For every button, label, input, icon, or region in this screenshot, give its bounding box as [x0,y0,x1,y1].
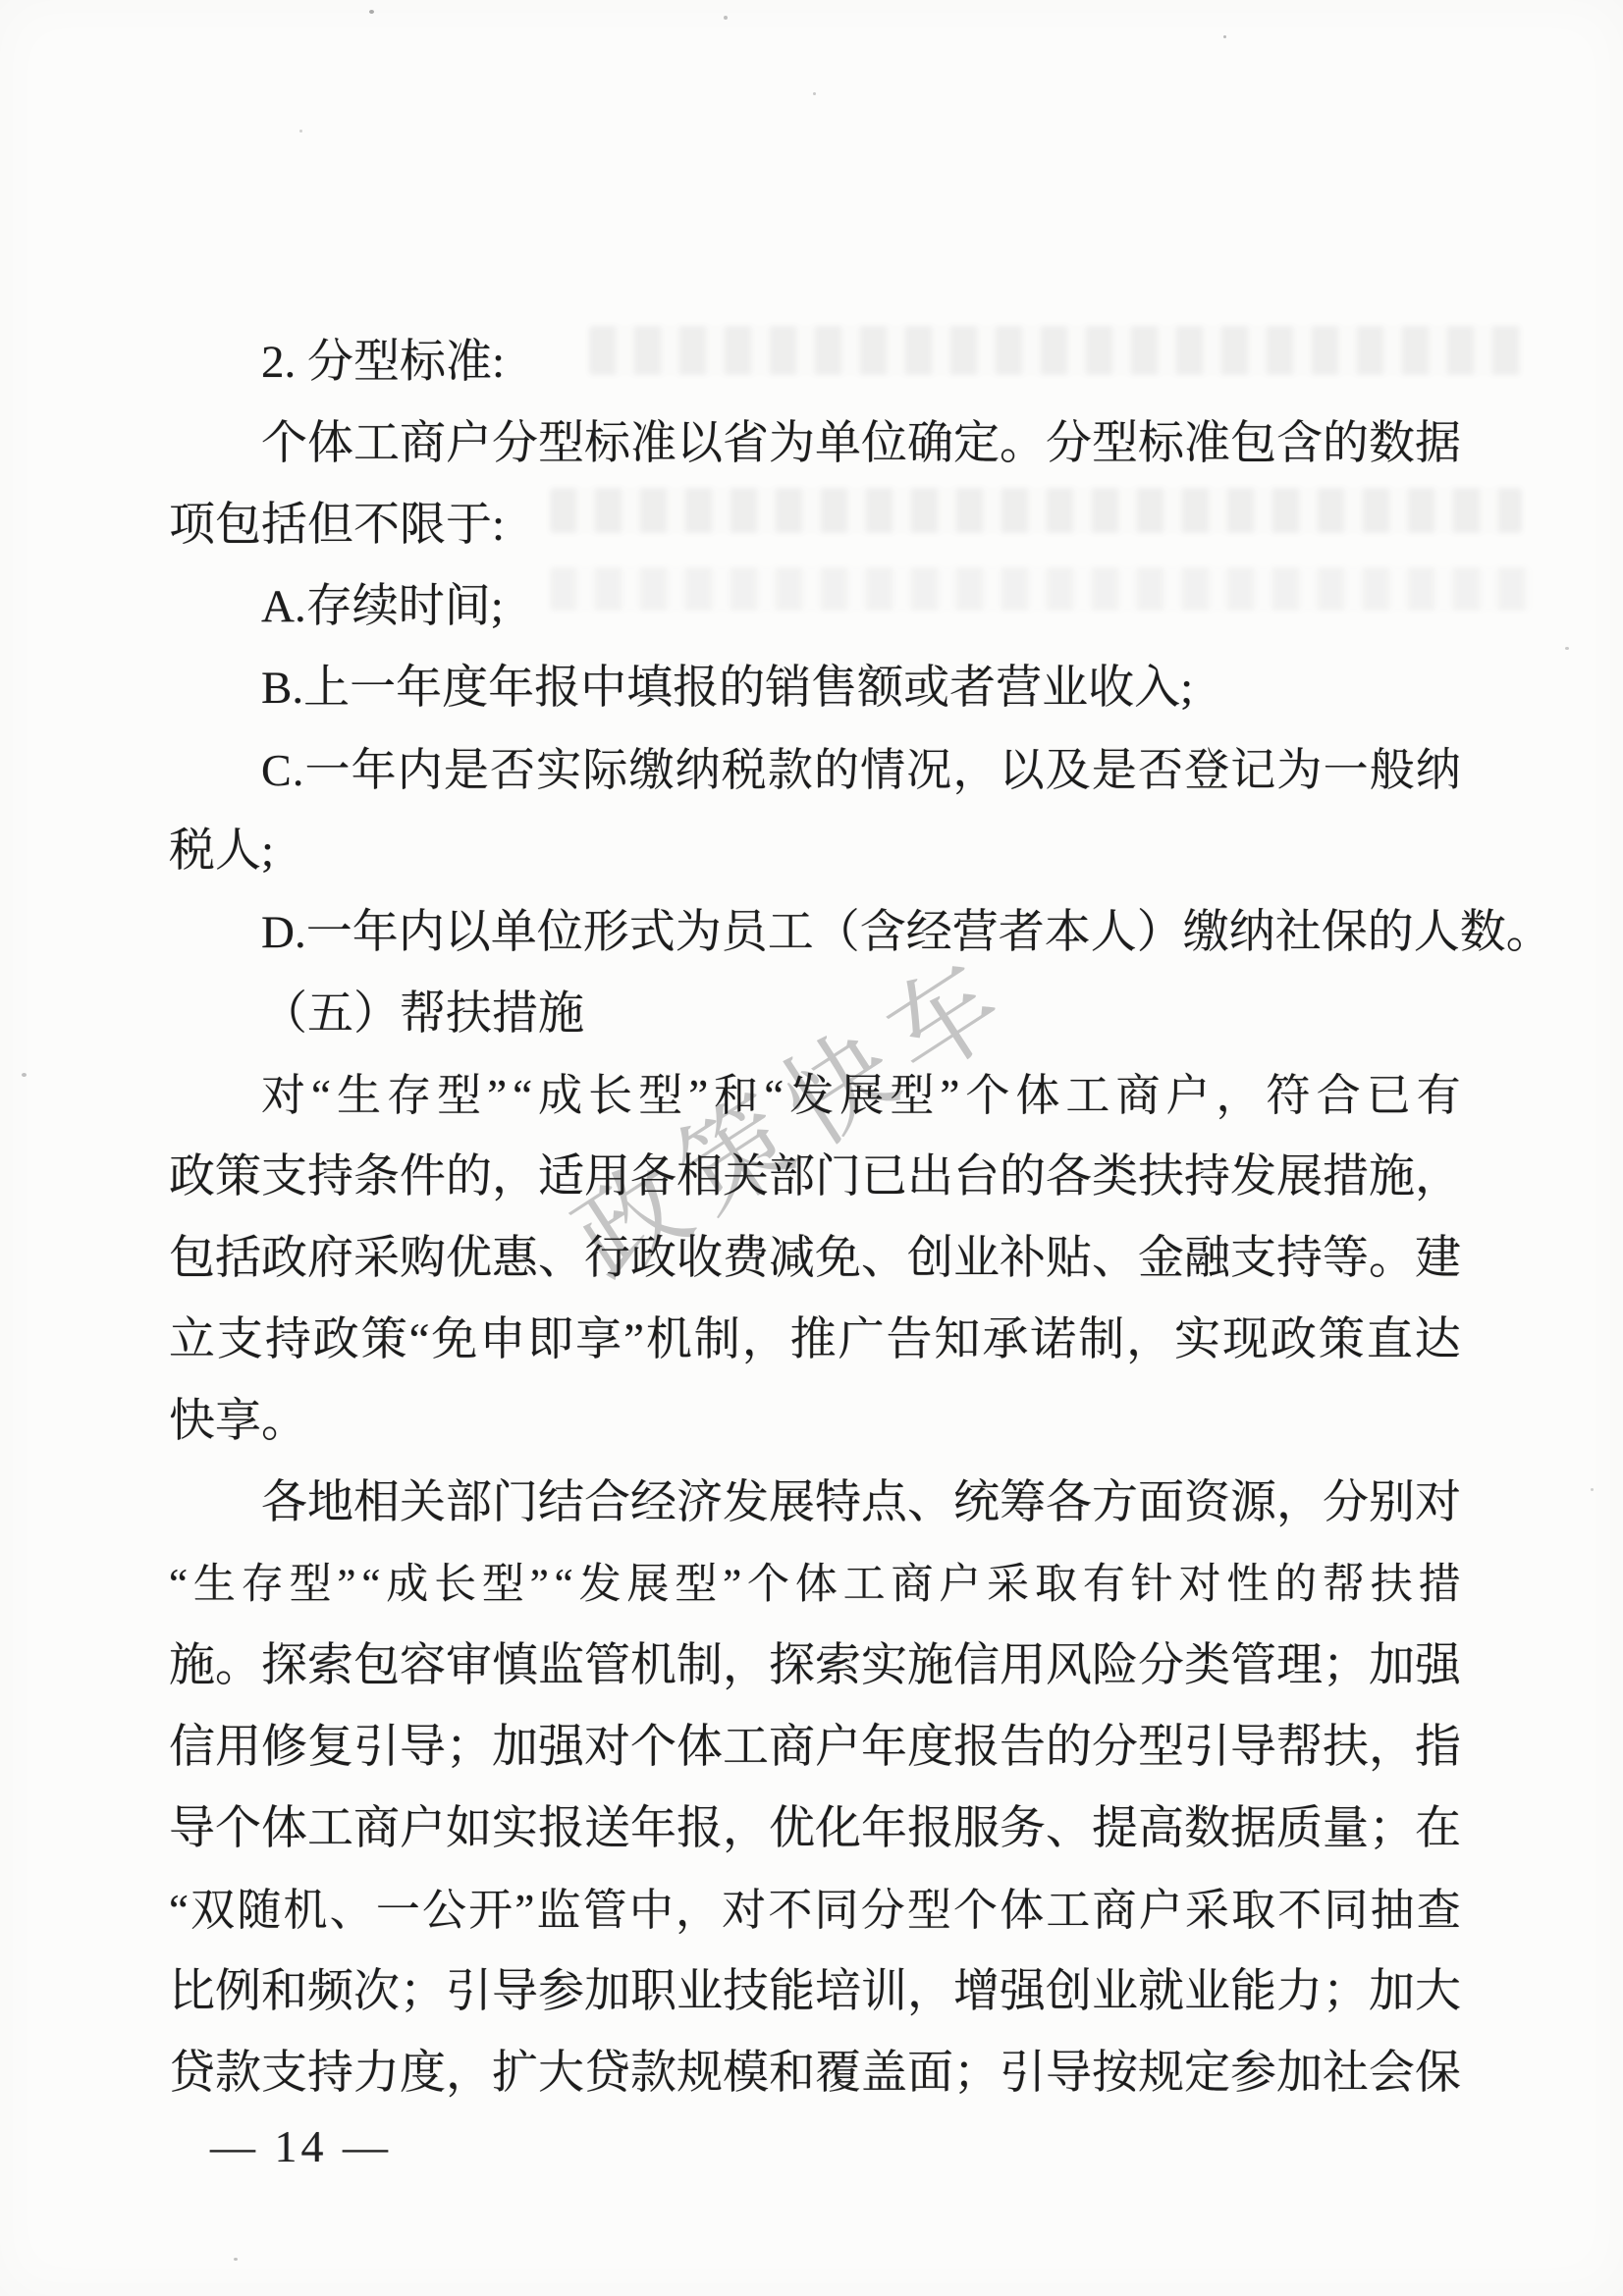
text-line: 比例和频次；引导参加职业技能培训，增强创业就业能力；加大 [169,1951,1461,2033]
text-line: 对“生存型”“成长型”和“发展型”个体工商户，符合已有 [169,1055,1461,1137]
text-line: 政策支持条件的，适用各相关部门已出台的各类扶持发展措施， [169,1137,1461,1218]
scanned-document-page: 政策快车 2. 分型标准:个体工商户分型标准以省为单位确定。分型标准包含的数据项… [0,0,1623,2296]
scan-speck [1591,1488,1594,1491]
scan-speck [22,1073,27,1077]
text-line: 包括政府采购优惠、行政收费减免、创业补贴、金融支持等。建 [169,1218,1461,1300]
page-number: — 14 — [210,2112,392,2181]
text-line: 快享。 [169,1381,1461,1463]
text-line: C.一年内是否实际缴纳税款的情况，以及是否登记为一般纳 [169,729,1461,811]
text-line: “双随机、一公开”监管中，对不同分型个体工商户采取不同抽查 [169,1870,1461,1951]
text-line: 立支持政策“免申即享”机制，推广告知承诺制，实现政策直达 [169,1300,1461,1381]
scan-speck [1223,35,1226,38]
text-line: 2. 分型标准: [169,322,1461,403]
scan-speck [234,2258,238,2261]
text-line: 信用修复引导；加强对个体工商户年度报告的分型引导帮扶，指 [169,1707,1461,1789]
text-line: “生存型”“成长型”“发展型”个体工商户采取有针对性的帮扶措 [169,1544,1461,1626]
text-line: 个体工商户分型标准以省为单位确定。分型标准包含的数据 [169,403,1461,485]
text-line: B.上一年度年报中填报的销售额或者营业收入; [169,648,1461,729]
scan-speck [299,130,302,133]
scan-speck [813,92,816,95]
text-line: 税人; [169,811,1461,892]
text-line: 项包括但不限于: [169,485,1461,566]
scan-speck [1565,647,1569,650]
text-line: A.存续时间; [169,566,1461,648]
document-body: 2. 分型标准:个体工商户分型标准以省为单位确定。分型标准包含的数据项包括但不限… [169,322,1461,2114]
text-line: 施。探索包容审慎监管机制，探索实施信用风险分类管理；加强 [169,1626,1461,1707]
text-line: （五）帮扶措施 [169,974,1461,1055]
text-line: 导个体工商户如实报送年报，优化年报服务、提高数据质量；在 [169,1789,1461,1870]
text-line: 各地相关部门结合经济发展特点、统筹各方面资源，分别对 [169,1463,1461,1544]
text-line: D.一年内以单位形式为员工（含经营者本人）缴纳社保的人数。 [169,892,1461,974]
scan-speck [369,10,374,14]
scan-speck [724,16,728,20]
text-line: 贷款支持力度，扩大贷款规模和覆盖面；引导按规定参加社会保 [169,2033,1461,2114]
